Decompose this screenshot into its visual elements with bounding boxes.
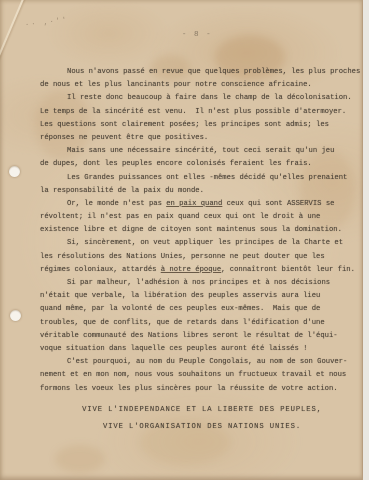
text-line: Il reste donc beaucoup à faire dans le c… xyxy=(40,92,364,105)
paragraphs-container: Nous n'avons passé en revue que quelques… xyxy=(40,66,364,396)
text-line: quand même, par la volonté de ces peuple… xyxy=(40,303,364,316)
paragraph: C'est pourquoi, au nom du Peuple Congola… xyxy=(40,356,364,396)
scan-background: ·· ,·'' - 8 - Nous n'avons passé en revu… xyxy=(0,0,369,480)
paragraph: Nous n'avons passé en revue que quelques… xyxy=(40,66,364,92)
paper-stain xyxy=(55,445,105,473)
text-line: formons les voeux les plus sincères pour… xyxy=(40,383,364,396)
text-line: réponses ne peuvent être que positives. xyxy=(40,132,364,145)
text-line: Les Grandes puissances ont elles -mêmes … xyxy=(40,172,364,185)
punch-hole xyxy=(9,166,20,177)
document-page: ·· ,·'' - 8 - Nous n'avons passé en revu… xyxy=(0,0,363,480)
text-line: la responsabilité de la paix du monde. xyxy=(40,185,364,198)
text-line: révoltent; il n'est pas en paix quand ce… xyxy=(40,211,364,224)
text-line: nement et en mon nom, nous vous souhaito… xyxy=(40,369,364,382)
text-line: voque situation dans laquelle ces peuple… xyxy=(40,343,364,356)
underlined-text: en paix quand xyxy=(166,200,222,208)
paragraph: Mais sans une nécessaire sincérité, tout… xyxy=(40,145,364,171)
paragraph: Si, sincèrement, on veut appliquer les p… xyxy=(40,237,364,277)
text-line: Nous n'avons passé en revue que quelques… xyxy=(40,66,364,79)
text-line: les résolutions des Nations Unies, perso… xyxy=(40,251,364,264)
paragraph: Si par malheur, l'adhésion à nos princip… xyxy=(40,277,364,356)
closing-slogans: VIVE L'INDEPENDANCE ET LA LIBERTE DES PE… xyxy=(40,402,364,436)
paragraph: Il reste donc beaucoup à faire dans le c… xyxy=(40,92,364,145)
underlined-text: à notre époque xyxy=(161,266,221,274)
text-line: troubles, que de conflits, que de retard… xyxy=(40,317,364,330)
paragraph: Or, le monde n'est pas en paix quand ceu… xyxy=(40,198,364,238)
text-line: Les questions sont clairement posées; le… xyxy=(40,119,364,132)
text-line: C'est pourquoi, au nom du Peuple Congola… xyxy=(40,356,364,369)
paragraph: Les Grandes puissances ont elles -mêmes … xyxy=(40,172,364,198)
text-line: Si par malheur, l'adhésion à nos princip… xyxy=(40,277,364,290)
punch-hole xyxy=(10,310,21,321)
text-line: de dupes, dont les peuples encore coloni… xyxy=(40,158,364,171)
pencil-mark: ·· ,·'' xyxy=(25,16,69,29)
text-line: Or, le monde n'est pas en paix quand ceu… xyxy=(40,198,364,211)
text-line: régimes coloniaux, attardés à notre époq… xyxy=(40,264,364,277)
text-line: Mais sans une nécessaire sincérité, tout… xyxy=(40,145,364,158)
closing-line: VIVE L'ORGANISATION DES NATIONS UNIES. xyxy=(40,419,364,436)
text-line: n'était que verbale, la libération des p… xyxy=(40,290,364,303)
typed-text-block: Nous n'avons passé en revue que quelques… xyxy=(40,66,364,436)
text-line: véritable communauté des Nations libres … xyxy=(40,330,364,343)
closing-line: VIVE L'INDEPENDANCE ET LA LIBERTE DES PE… xyxy=(40,402,364,419)
text-line: Si, sincèrement, on veut appliquer les p… xyxy=(40,237,364,250)
text-line: existence libre et digne de citoyen sont… xyxy=(40,224,364,237)
page-number: - 8 - xyxy=(16,31,369,39)
text-line: Le temps de la sincérité est venu. Il n'… xyxy=(40,106,364,119)
text-line: de nous et les plus lancinants pour notr… xyxy=(40,79,364,92)
